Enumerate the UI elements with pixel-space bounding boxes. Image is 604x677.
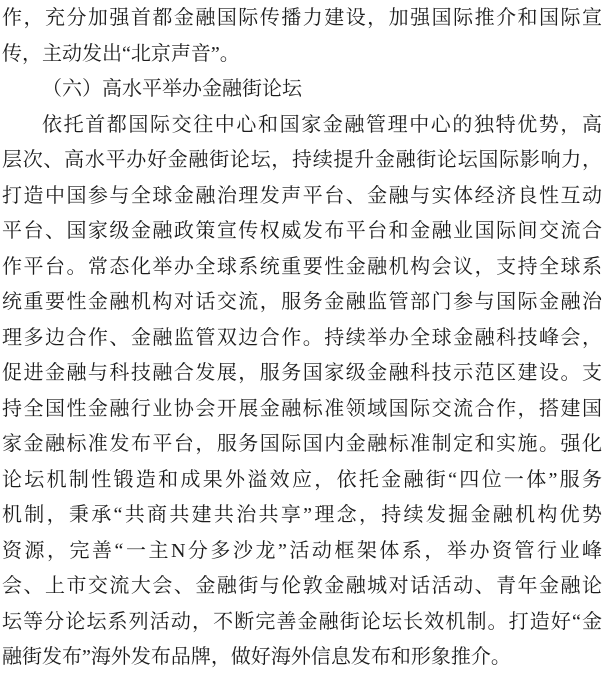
paragraph-line: 持全国性金融行业协会开展金融标准领域国际交流合作，搭建国 — [2, 392, 602, 428]
paragraph-line: 传，主动发出“北京声音”。 — [2, 37, 602, 73]
document-page: 作，充分加强首都金融国际传播力建设，加强国际推介和国际宣 传，主动发出“北京声音… — [0, 0, 604, 677]
paragraph-line: 论坛机制性锻造和成果外溢效应，依托金融街“四位一体”服务 — [2, 463, 602, 499]
paragraph-line: 统重要性金融机构对话交流，服务金融监管部门参与国际金融治 — [2, 285, 602, 321]
paragraph-line: 会、上市交流大会、金融街与伦敦金融城对话活动、青年金融论 — [2, 569, 602, 605]
paragraph-line: 作，充分加强首都金融国际传播力建设，加强国际推介和国际宣 — [2, 1, 602, 37]
paragraph-line: 理多边合作、金融监管双边合作。持续举办全球金融科技峰会， — [2, 321, 602, 357]
section-heading: （六）高水平举办金融街论坛 — [2, 72, 602, 108]
paragraph-line: 促进金融与科技融合发展，服务国家级金融科技示范区建设。支 — [2, 356, 602, 392]
paragraph-line: 依托首都国际交往中心和国家金融管理中心的独特优势，高 — [2, 108, 602, 144]
paragraph-line: 层次、高水平办好金融街论坛，持续提升金融街论坛国际影响力， — [2, 143, 602, 179]
paragraph-line: 坛等分论坛系列活动，不断完善金融街论坛长效机制。打造好“金 — [2, 605, 602, 641]
paragraph-line: 融街发布”海外发布品牌，做好海外信息发布和形象推介。 — [2, 640, 602, 676]
paragraph-line: 打造中国参与全球金融治理发声平台、金融与实体经济良性互动 — [2, 179, 602, 215]
paragraph-line: 作平台。常态化举办全球系统重要性金融机构会议，支持全球系 — [2, 250, 602, 286]
paragraph-line: 机制，秉承“共商共建共治共享”理念，持续发掘金融机构优势 — [2, 498, 602, 534]
paragraph-line: 平台、国家级金融政策宣传权威发布平台和金融业国际间交流合 — [2, 214, 602, 250]
paragraph-line: 资源，完善“一主N分多沙龙”活动框架体系，举办资管行业峰 — [2, 534, 602, 570]
paragraph-line: 家金融标准发布平台，服务国际国内金融标准制定和实施。强化 — [2, 427, 602, 463]
